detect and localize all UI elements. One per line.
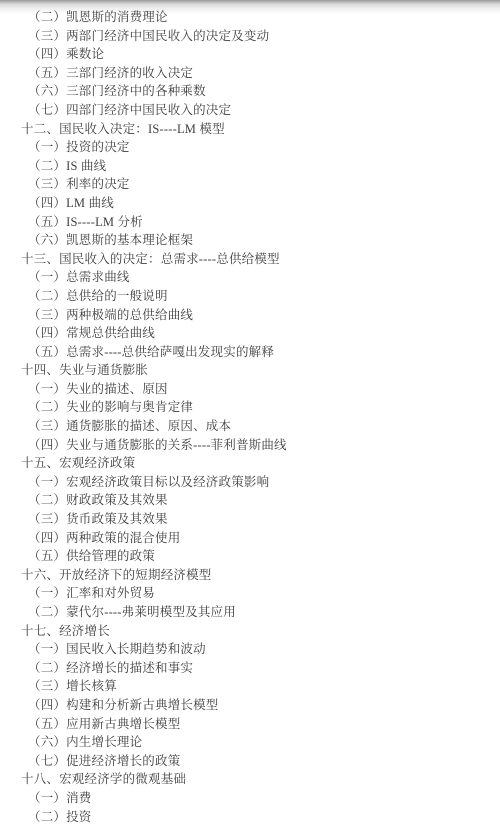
toc-sub-line: （二）总供给的一般说明 (0, 287, 500, 306)
toc-sub-line: （四）构建和分析新古典增长模型 (0, 696, 500, 715)
toc-sub-line: （三）两种极端的总供给曲线 (0, 306, 500, 325)
toc-sub-line: （二）投资 (0, 808, 500, 827)
toc-chapter-line: 十四、失业与通货膨胀 (0, 361, 500, 380)
toc-sub-line: （三）增长核算 (0, 677, 500, 696)
toc-sub-line: （一）汇率和对外贸易 (0, 584, 500, 603)
toc-sub-line: （五）三部门经济的收入决定 (0, 64, 500, 83)
toc-sub-line: （二）失业的影响与奥肯定律 (0, 398, 500, 417)
toc-chapter-line: 十三、国民收入的决定：总需求----总供给模型 (0, 250, 500, 269)
toc-sub-line: （七）促进经济增长的政策 (0, 752, 500, 771)
toc-sub-line: （一）国民收入长期趋势和波动 (0, 640, 500, 659)
toc-sub-line: （一）失业的描述、原因 (0, 380, 500, 399)
toc-sub-line: （四）两种政策的混合使用 (0, 529, 500, 548)
toc-sub-line: （五）总需求----总供给萨嘎出发现实的解释 (0, 343, 500, 362)
toc-chapter-line: 十七、经济增长 (0, 622, 500, 641)
toc-sub-line: （二）经济增长的描述和事实 (0, 659, 500, 678)
toc-sub-line: （二）凯恩斯的消费理论 (0, 8, 500, 27)
toc-sub-line: （一）总需求曲线 (0, 268, 500, 287)
toc-chapter-line: 十五、宏观经济政策 (0, 454, 500, 473)
toc-sub-line: （二）IS 曲线 (0, 157, 500, 176)
toc-sub-line: （一）宏观经济政策目标以及经济政策影响 (0, 473, 500, 492)
toc-chapter-line: 十二、国民收入决定：IS----LM 模型 (0, 120, 500, 139)
toc-sub-line: （六）凯恩斯的基本理论框架 (0, 231, 500, 250)
toc-sub-line: （四）失业与通货膨胀的关系----菲利普斯曲线 (0, 436, 500, 455)
toc-sub-line: （七）四部门经济中国民收入的决定 (0, 101, 500, 120)
toc-sub-line: （二）财政政策及其效果 (0, 491, 500, 510)
toc-sub-line: （四）LM 曲线 (0, 194, 500, 213)
toc-sub-line: （六）内生增长理论 (0, 733, 500, 752)
toc-sub-line: （四）乘数论 (0, 45, 500, 64)
toc-sub-line: （五）应用新古典增长模型 (0, 715, 500, 734)
toc-sub-line: （三）通货膨胀的描述、原因、成本 (0, 417, 500, 436)
toc-sub-line: （二）蒙代尔----弗莱明模型及其应用 (0, 603, 500, 622)
document-page: （二）凯恩斯的消费理论（三）两部门经济中国民收入的决定及变动（四）乘数论（五）三… (0, 0, 500, 828)
toc-sub-line: （五）IS----LM 分析 (0, 213, 500, 232)
toc-sub-line: （三）两部门经济中国民收入的决定及变动 (0, 27, 500, 46)
toc-chapter-line: 十六、开放经济下的短期经济模型 (0, 566, 500, 585)
toc-sub-line: （四）常规总供给曲线 (0, 324, 500, 343)
toc-sub-line: （六）三部门经济中的各种乘数 (0, 82, 500, 101)
toc-sub-line: （三）利率的决定 (0, 175, 500, 194)
toc-sub-line: （一）消费 (0, 789, 500, 808)
toc-sub-line: （一）投资的决定 (0, 138, 500, 157)
toc-list: （二）凯恩斯的消费理论（三）两部门经济中国民收入的决定及变动（四）乘数论（五）三… (0, 8, 500, 826)
toc-sub-line: （三）货币政策及其效果 (0, 510, 500, 529)
toc-chapter-line: 十八、宏观经济学的微观基础 (0, 770, 500, 789)
toc-sub-line: （五）供给管理的政策 (0, 547, 500, 566)
